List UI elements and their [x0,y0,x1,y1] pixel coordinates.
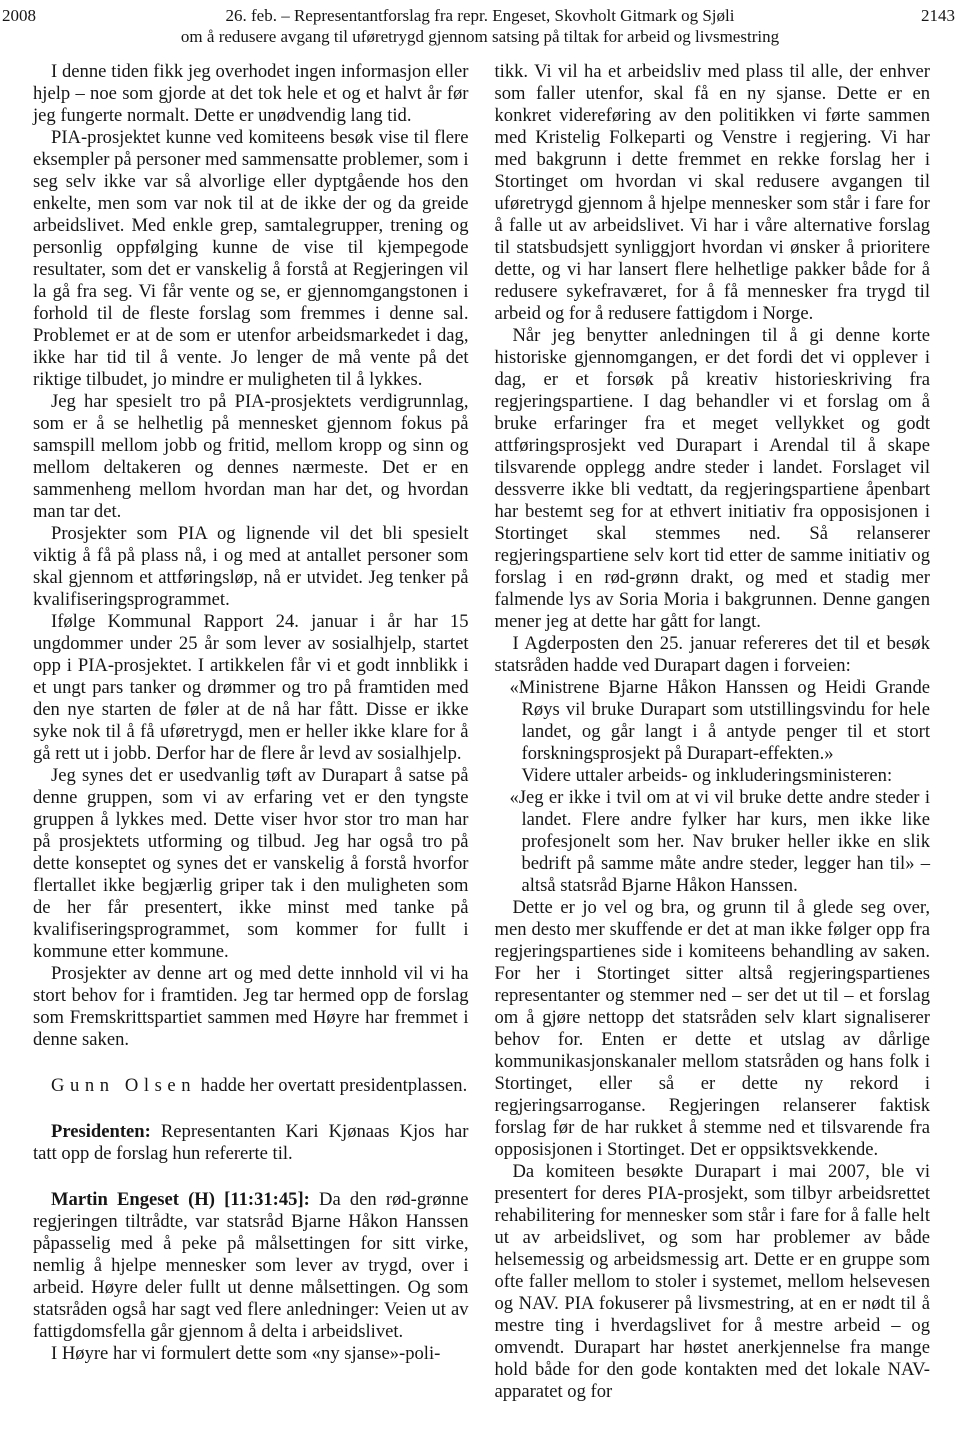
document-page: 2008 2143 26. feb. – Representantforslag… [0,0,960,1430]
paragraph: Jeg har spesielt tro på PIA-prosjektets … [33,391,469,523]
speech-paragraph: Martin Engeset (H) [11:31:45]: Da den rø… [33,1189,469,1343]
paragraph: Prosjekter av denne art og med dette inn… [33,963,469,1051]
left-column: I denne tiden fikk jeg overhodet ingen i… [33,61,469,1403]
speech-paragraph: Gunn Olsen hadde her overtatt presidentp… [33,1075,469,1097]
paragraph: I Høyre har vi formulert dette som «ny s… [33,1343,469,1365]
speech-paragraph: Presidenten: Representanten Kari Kjønaas… [33,1121,469,1165]
paragraph: «Ministrene Bjarne Håkon Hanssen og Heid… [522,677,931,765]
header-title-line1: 26. feb. – Representantforslag fra repr.… [60,5,900,26]
paragraph: Ifølge Kommunal Rapport 24. januar i år … [33,611,469,765]
paragraph: Når jeg benytter anledningen til å gi de… [495,325,931,633]
narrator-name: Gunn Olsen [51,1075,196,1096]
paragraph: I Agderposten den 25. januar refereres d… [495,633,931,677]
header-title: 26. feb. – Representantforslag fra repr.… [60,5,900,47]
right-column: tikk. Vi vil ha et arbeidsliv med plass … [495,61,931,1403]
running-head: 2008 2143 26. feb. – Representantforslag… [0,0,960,55]
paragraph: I denne tiden fikk jeg overhodet ingen i… [33,61,469,127]
header-title-line2: om å redusere avgang til uføretrygd gjen… [60,26,900,47]
header-year: 2008 [2,5,36,26]
paragraph: Prosjekter som PIA og lignende vil det b… [33,523,469,611]
paragraph: Da komiteen besøkte Durapart i mai 2007,… [495,1161,931,1403]
paragraph: Videre uttaler arbeids- og inkluderingsm… [495,765,931,787]
speaker-label: Martin Engeset (H) [11:31:45]: [51,1189,310,1210]
header-page-number: 2143 [921,5,955,26]
paragraph: PIA-prosjektet kunne ved komiteens besøk… [33,127,469,391]
paragraph: tikk. Vi vil ha et arbeidsliv med plass … [495,61,931,325]
paragraph: Dette er jo vel og bra, og grunn til å g… [495,897,931,1161]
speaker-label: Presidenten: [51,1121,151,1142]
paragraph: Jeg synes det er usedvanlig tøft av Dura… [33,765,469,963]
document-body: I denne tiden fikk jeg overhodet ingen i… [0,55,960,1403]
paragraph-text: hadde her overtatt presidentplassen. [196,1075,467,1096]
paragraph: «Jeg er ikke i tvil om at vi vil bruke d… [522,787,931,897]
paragraph-text: Da den rød-grønne regjeringen tiltrådte,… [33,1189,469,1342]
